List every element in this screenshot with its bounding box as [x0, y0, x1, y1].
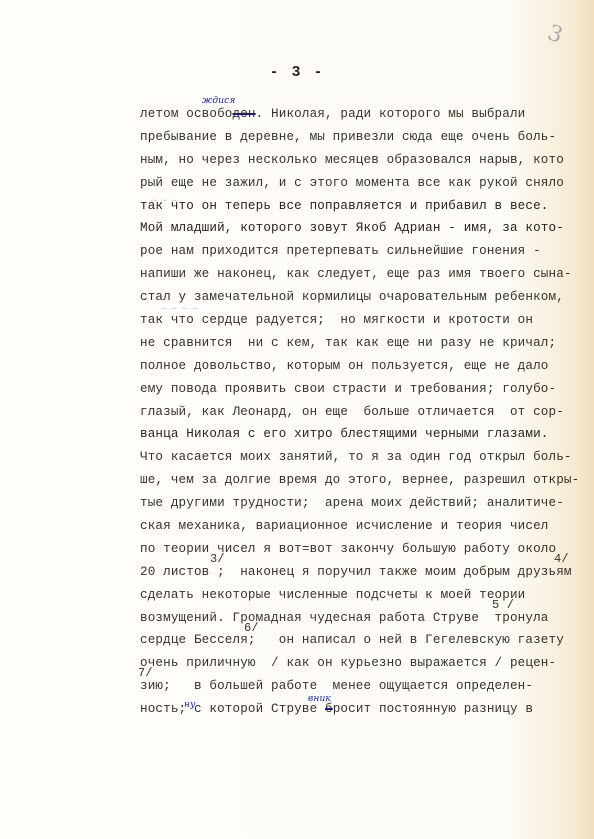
- text-line: рый еще не зажил, и с этого момента все …: [140, 172, 590, 195]
- text-line: стал у замечательной кормилицы очаровате…: [140, 286, 590, 309]
- text-line: ванца Николая с его хитро блестящими чер…: [140, 423, 590, 446]
- text-line: глазый, как Леонард, он еще больше отлич…: [140, 401, 590, 424]
- text-line: зию; в большей работе менее ощущается оп…: [140, 675, 590, 698]
- page-number: - 3 -: [0, 64, 594, 81]
- text-line: по теории чисел я вот=вот закончу большу…: [140, 538, 590, 561]
- text-line: 20 листов ; наконец я поручил также моим…: [140, 561, 590, 584]
- text-line: ше, чем за долгие время до этого, вернее…: [140, 469, 590, 492]
- text-line: пребывание в деревне, мы привезли сюда е…: [140, 126, 590, 149]
- text-line: тые другими трудности; арена моих действ…: [140, 492, 590, 515]
- text-line: ность; с которой Струве бросит постоянну…: [140, 698, 590, 721]
- text-line: рое нам приходится претерпевать сильнейш…: [140, 240, 590, 263]
- handwritten-mark: ну: [184, 694, 195, 717]
- text-line: сердце Бесселя; он написал о ней в Гегел…: [140, 629, 590, 652]
- text-line: возмущений. Громадная чудесная работа Ст…: [140, 607, 590, 630]
- text-line: не сравнится ни с кем, так как еще ни ра…: [140, 332, 590, 355]
- text-line: очень приличную / как он курьезно выража…: [140, 652, 590, 675]
- typed-body: летом освободен. Николая, ради которого …: [140, 103, 590, 721]
- text-line: напиши же наконец, как следует, еще раз …: [140, 263, 590, 286]
- text-line: Что касается моих занятий, то я за один …: [140, 446, 590, 469]
- text-line: ская механика, вариационное исчисление и…: [140, 515, 590, 538]
- text-line: сделать некоторые численные подсчеты к м…: [140, 584, 590, 607]
- handwritten-correction: ждися: [202, 90, 235, 113]
- text-line: летом освободен. Николая, ради которого …: [140, 103, 590, 126]
- text-line: так что он теперь все поправляется и при…: [140, 195, 590, 218]
- text-line: полное довольство, которым он пользуется…: [140, 355, 590, 378]
- text-line: Мой младший, которого зовут Якоб Адриан …: [140, 217, 590, 240]
- document-page: 3 - 3 - ~ ~ ~ ~ ~ ~ ~ летом освободен. Н…: [0, 0, 594, 839]
- struck-text: ден: [233, 107, 256, 121]
- text-line: так что сердце радуется; но мягкости и к…: [140, 309, 590, 332]
- text-line: ным, но через несколько месяцев образова…: [140, 149, 590, 172]
- corner-page-mark: 3: [544, 20, 566, 48]
- text-line: ему повода проявить свои страсти и требо…: [140, 378, 590, 401]
- handwritten-correction: вник: [308, 688, 331, 711]
